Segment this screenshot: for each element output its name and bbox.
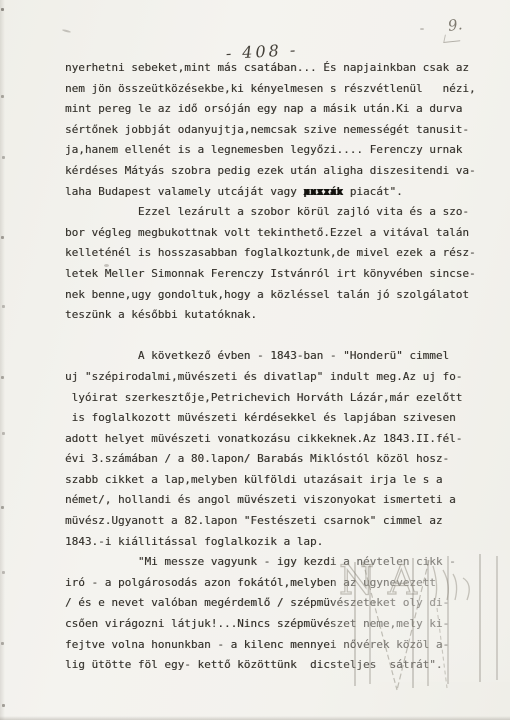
scan-edge-bottom <box>0 716 510 720</box>
text-line: évi 3.számában / a 80.lapon/ Barabás Mik… <box>65 449 495 470</box>
text-line-with-strikeout: laha Budapest valamely utcáját vagy pusz… <box>65 182 495 203</box>
text-line: nem jön összeütközésekbe,ki kényelmesen … <box>65 79 495 100</box>
text-line: kérdéses Mátyás szobra pedig ezek után a… <box>65 161 495 182</box>
text-line: sértőnek jobbját odanyujtja,nemcsak sziv… <box>65 120 495 141</box>
text-line: uj "szépirodalmi,müvészeti és divatlap" … <box>65 367 495 388</box>
text-line: ja,hanem ellenét is a legnemesben legyőz… <box>65 140 495 161</box>
text-line: letek Meller Simonnak Ferenczy Istvánról… <box>65 264 495 285</box>
text-line: is foglalkozott müvészeti kérdésekkel és… <box>65 408 495 429</box>
text-segment: piacát". <box>343 185 403 198</box>
text-line: / és e nevet valóban megérdemlő / szépmü… <box>65 593 495 614</box>
text-segment: laha Budapest valamely utcáját vagy <box>65 185 303 198</box>
blank-line <box>65 326 495 347</box>
text-line: nyerhetni sebeket,mint más csatában... É… <box>65 58 495 79</box>
text-line: kelleténél is hosszasabban foglalkoztunk… <box>65 243 495 264</box>
typewritten-text: nyerhetni sebeket,mint más csatában... É… <box>65 58 495 676</box>
text-line: nek benne,ugy gondoltuk,hogy a közléssel… <box>65 285 495 306</box>
paper-speck <box>420 28 424 30</box>
paper-speck <box>62 29 71 33</box>
text-line: mint pereg le az idő orsóján egy nap a m… <box>65 99 495 120</box>
text-line: német/, hollandi és angol müvészeti visz… <box>65 490 495 511</box>
text-line: fejtve volna honunkban - a kilenc mennye… <box>65 635 495 656</box>
text-line: bor végleg megbukottnak volt tekinthető.… <box>65 223 495 244</box>
text-line: 1843.-i kiállitással foglalkozik a lap. <box>65 532 495 553</box>
text-line: teszünk a későbbi kutatóknak. <box>65 305 495 326</box>
pencil-page-number: 9. <box>447 15 463 35</box>
overtype-x-marks: xxxxxx <box>303 182 343 203</box>
text-line: lyóirat szerkesztője,Petrichevich Horvát… <box>65 388 495 409</box>
text-line: A következő évben - 1843-ban - "Honderü"… <box>65 346 495 367</box>
text-line: Ezzel lezárult a szobor körül zajló vita… <box>65 202 495 223</box>
struck-word: puszákxxxxxx <box>303 182 343 203</box>
pencil-smudge-mark <box>443 33 462 43</box>
scan-edge-left <box>0 0 5 720</box>
text-line: szabb cikket a lap,melyben külföldi utaz… <box>65 470 495 491</box>
text-line: iró - a polgárosodás azon fokától,melybe… <box>65 573 495 594</box>
text-line: müvész.Ugyanott a 82.lapon "Festészeti c… <box>65 511 495 532</box>
text-line: csően virágozni látjuk!...Nincs szépmüvé… <box>65 614 495 635</box>
text-line: lig ütötte föl egy- kettő közöttünk dics… <box>65 655 495 676</box>
text-line: adott helyet müvészeti vonatkozásu cikke… <box>65 429 495 450</box>
text-line: "Mi messze vagyunk - igy kezdi a névtele… <box>65 552 495 573</box>
scan-edge-specks <box>1 8 4 11</box>
manuscript-page: - 408 - 9. nyerhetni sebeket,mint más cs… <box>0 0 510 720</box>
